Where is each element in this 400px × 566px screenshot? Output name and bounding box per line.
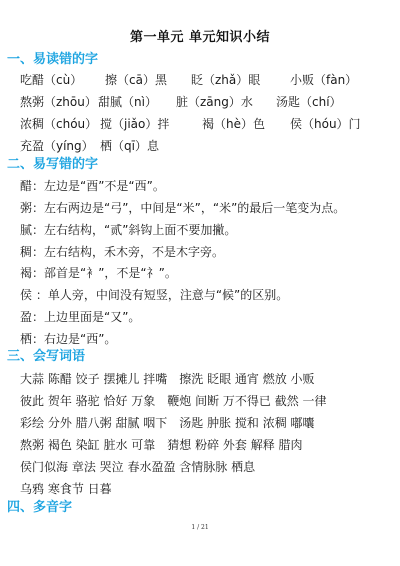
pinyin-item: 褐（hè）色 <box>202 115 265 132</box>
pinyin-item: 汤匙（chí） <box>276 93 342 110</box>
pinyin-item: 浓稠（chóu） <box>20 115 97 132</box>
pinyin-item: 吃醋（cù） <box>20 71 82 88</box>
pinyin-item: 熬粥（zhōu） <box>20 93 97 110</box>
rule-line: 侯 ：单人旁，中间没有短竖，注意与“候”的区别。 <box>20 286 288 303</box>
pinyin-item: 小贩（fàn） <box>290 71 357 88</box>
section-heading-1: 一、易读错的字 <box>7 48 98 67</box>
pinyin-item: 搅（jiǎo）拌 <box>100 115 169 132</box>
word-row: 乌鸦 寒食节 日暮 <box>20 480 112 497</box>
rule-line: 盈：上边里面是“又”。 <box>20 308 140 325</box>
word-row: 彼此 贺年 骆驼 恰好 万象 鞭炮 间断 万不得已 截然 一律 <box>20 392 327 409</box>
pinyin-item: 眨（zhǎ）眼 <box>191 71 260 88</box>
page-title: 第一单元 单元知识小结 <box>0 26 400 45</box>
rule-line: 稠：左右结构，禾木旁，不是木字旁。 <box>20 243 224 260</box>
page-number: 1 / 21 <box>0 524 400 531</box>
rule-line: 褐：部首是“衤”，不是“礻”。 <box>20 264 177 281</box>
word-row: 大蒜 陈醋 饺子 摆摊儿 拌嘴 擦洗 眨眼 通宵 燃放 小贩 <box>20 370 315 387</box>
pinyin-item: 栖（qī）息 <box>100 137 159 154</box>
rule-line: 醋：左边是“酉”不是“西”。 <box>20 177 165 194</box>
rule-line: 粥：左右两边是“弓”，中间是“米”，“米”的最后一笔变为点。 <box>20 199 345 216</box>
pinyin-item: 侯（hóu）门 <box>290 115 361 132</box>
word-row: 熬粥 褐色 染缸 脏水 可靠 猜想 粉碎 外套 解释 腊肉 <box>20 436 303 453</box>
pinyin-item: 充盈（yíng） <box>20 137 94 154</box>
pinyin-item: 擦（cā）黑 <box>105 71 167 88</box>
pinyin-item: 甜腻（nì） <box>98 93 157 110</box>
word-row: 彩绘 分外 腊八粥 甜腻 咽下 汤匙 肿胀 搅和 浓稠 嘟囔 <box>20 414 315 431</box>
section-heading-3: 三、会写词语 <box>7 345 85 364</box>
section-heading-2: 二、易写错的字 <box>7 153 98 172</box>
word-row: 侯门似海 章法 哭泣 春水盈盈 含情脉脉 栖息 <box>20 458 255 475</box>
pinyin-item: 脏（zāng）水 <box>176 93 253 110</box>
section-heading-4: 四、多音字 <box>7 496 72 515</box>
rule-line: 腻：左右结构，“贰”斜钩上面不要加撇。 <box>20 221 236 238</box>
